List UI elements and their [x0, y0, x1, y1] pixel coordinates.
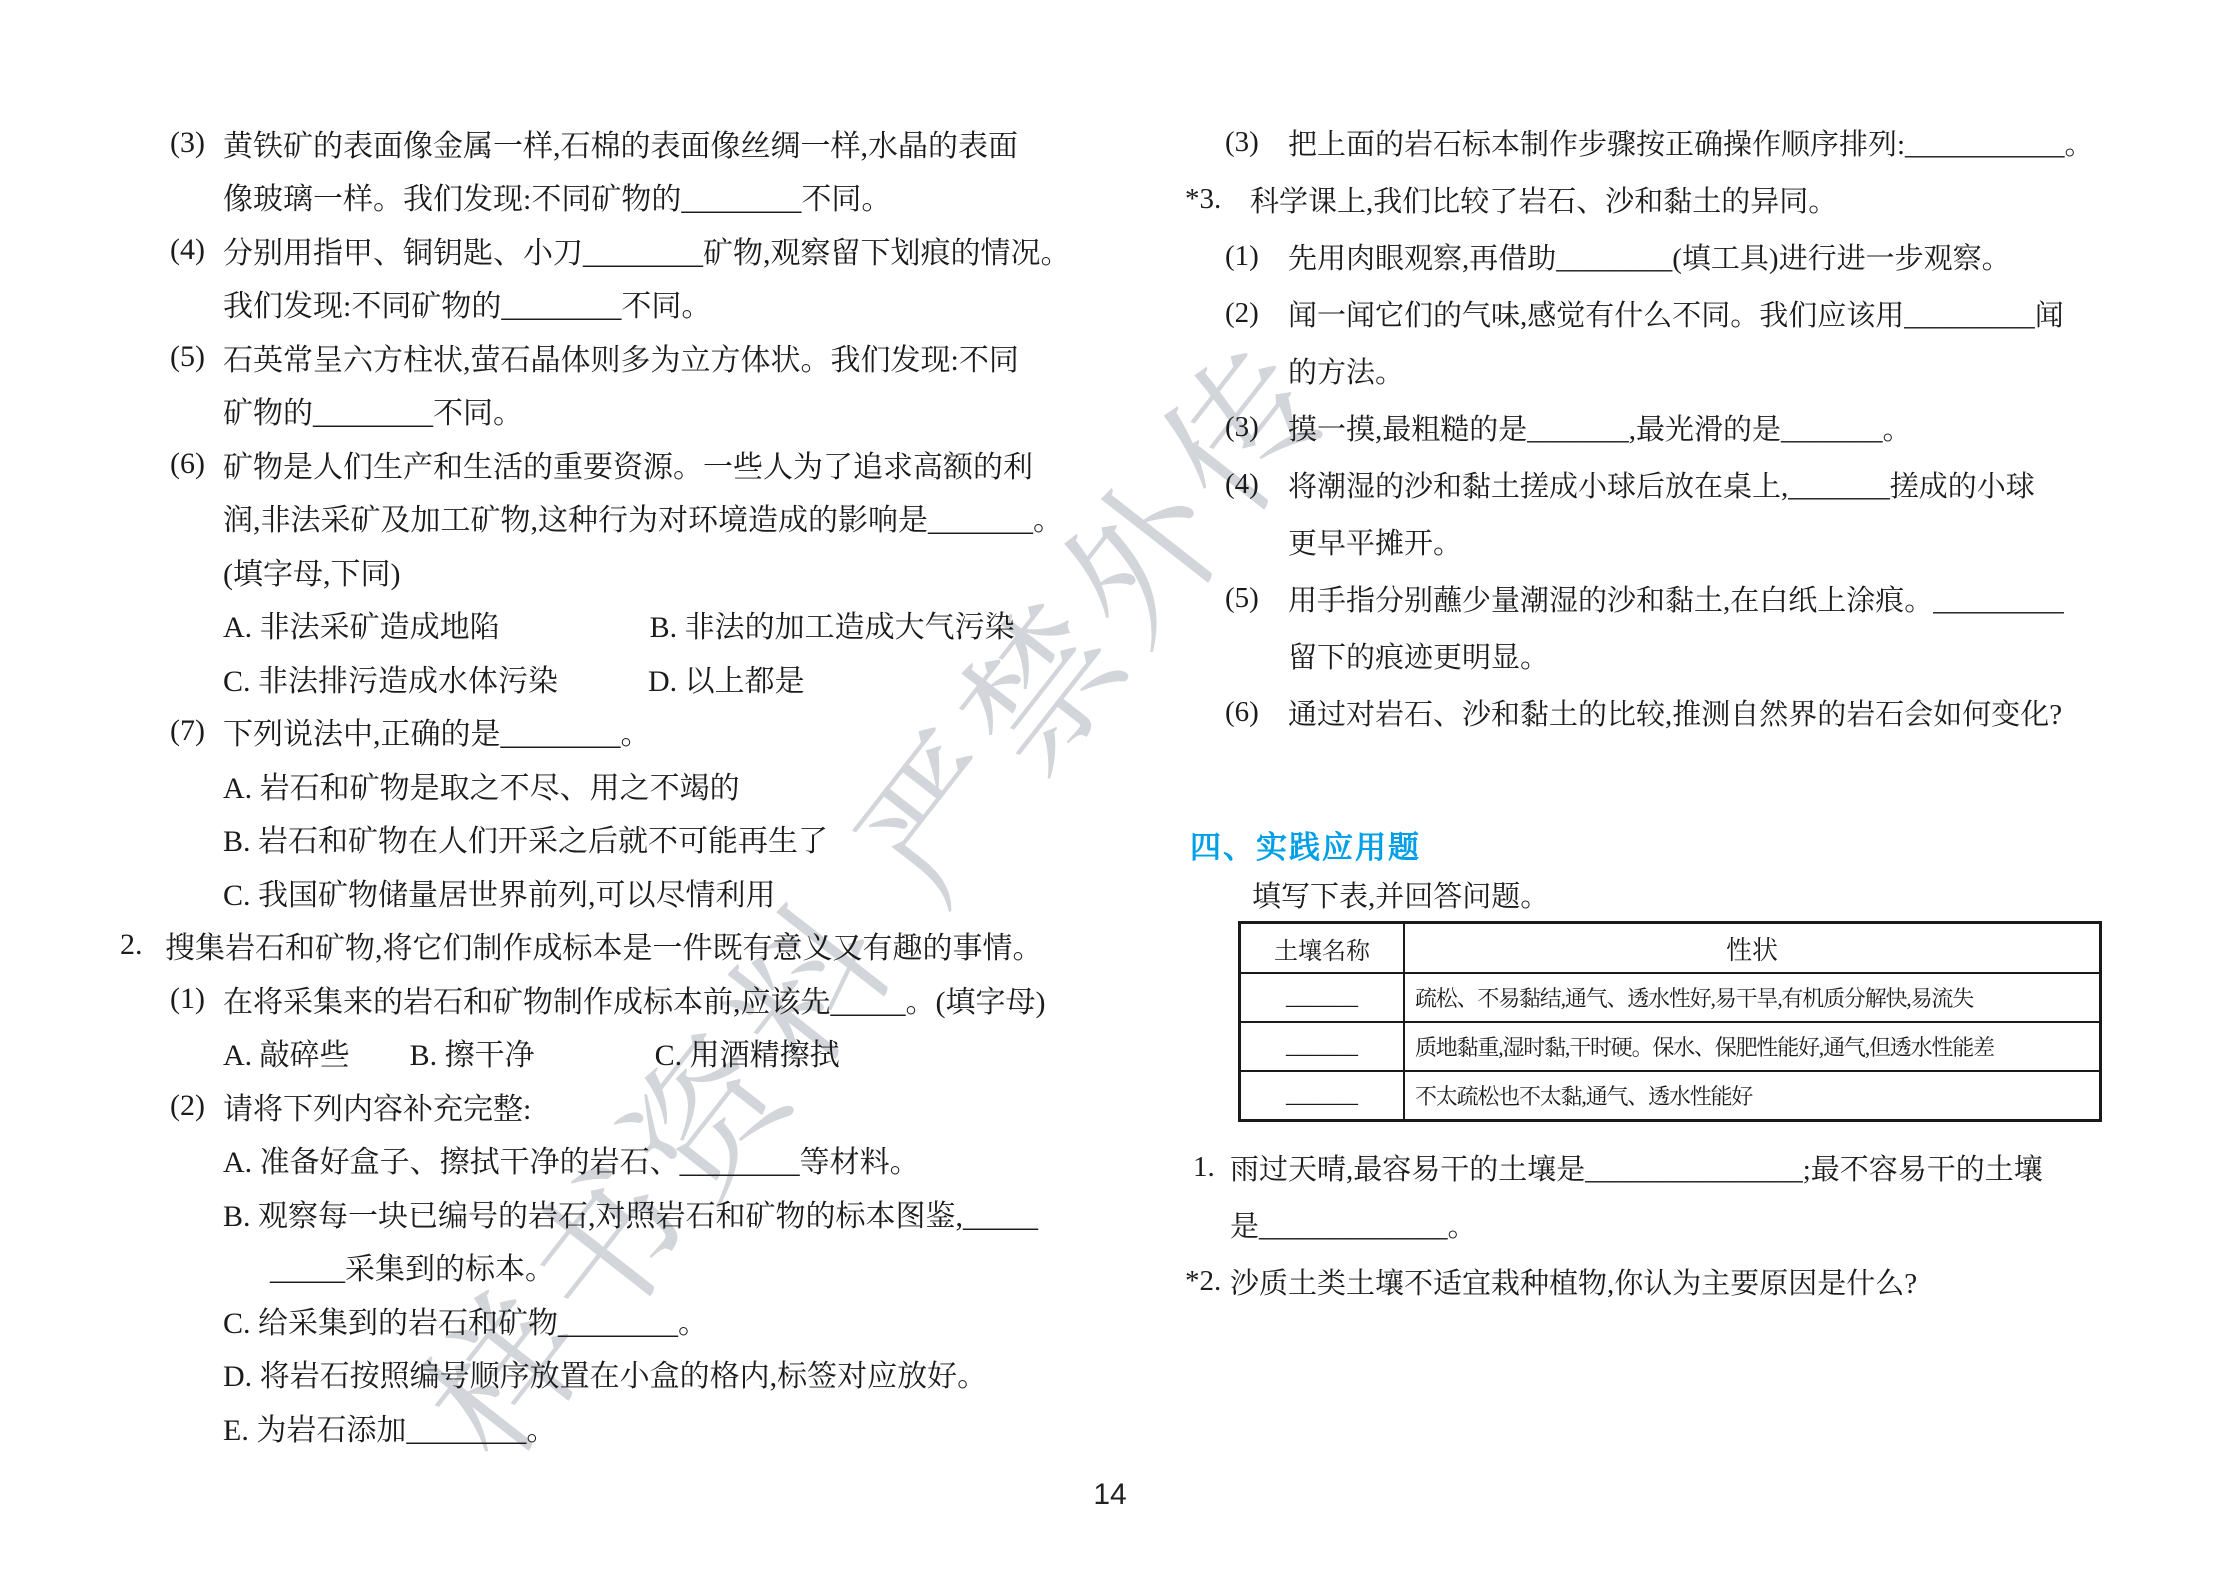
- item-text: 将潮湿的沙和黏土搓成小球后放在桌上,_______搓成的小球: [1288, 464, 2035, 505]
- item-number-label: (5): [1225, 582, 1288, 615]
- workbook-page: 样书资料 严禁外传 (3) 黄铁矿的表面像金属一样,石棉的表面像丝绸一样,水晶的…: [0, 0, 2220, 1571]
- item-number-label: (4): [170, 233, 223, 267]
- exercise-line: (3) 把上面的岩石标本制作步骤按正确操作顺序排列:___________。: [1185, 114, 2125, 171]
- item-text: 请将下列内容补充完整:: [223, 1084, 531, 1128]
- item-number-label: (5): [170, 340, 223, 374]
- item-text: _____采集到的标本。: [270, 1244, 555, 1288]
- item-text: 沙质土类土壤不适宜栽种植物,你认为主要原因是什么?: [1230, 1261, 1917, 1302]
- item-number-label: (4): [1225, 468, 1288, 501]
- exercise-line: (2) 请将下列内容补充完整:: [120, 1079, 1130, 1133]
- exercise-line: 像玻璃一样。我们发现:不同矿物的________不同。: [120, 170, 1130, 224]
- item-text: 的方法。: [1288, 350, 1404, 391]
- item-text: 把上面的岩石标本制作步骤按正确操作顺序排列:___________。: [1288, 122, 2094, 163]
- exercise-line: (4) 将潮湿的沙和黏土搓成小球后放在桌上,_______搓成的小球: [1185, 456, 2125, 513]
- exercise-line: 是_____________。: [1185, 1196, 2145, 1253]
- item-text: 在将采集来的岩石和矿物制作成标本前,应该先_____。(填字母): [223, 977, 1045, 1021]
- item-text: C. 给采集到的岩石和矿物________。: [223, 1298, 708, 1342]
- item-number-label: (1): [1225, 240, 1288, 273]
- exercise-line: 更早平摊开。: [1185, 513, 2125, 570]
- exercise-line: 润,非法采矿及加工矿物,这种行为对环境造成的影响是_______。: [120, 491, 1130, 545]
- item-text: 科学课上,我们比较了岩石、沙和黏土的异同。: [1250, 179, 1837, 220]
- item-text: 下列说法中,正确的是________。: [223, 709, 651, 753]
- item-number-label: 2.: [120, 928, 165, 962]
- item-text: D. 将岩石按照编号顺序放置在小盒的格内,标签对应放好。: [223, 1351, 987, 1395]
- exercise-line: *2. 沙质土类土壤不适宜栽种植物,你认为主要原因是什么?: [1185, 1253, 2145, 1310]
- item-number-label: (3): [170, 126, 223, 160]
- exercise-line: A. 准备好盒子、擦拭干净的岩石、________等材料。: [120, 1133, 1130, 1187]
- soil-name-blank-cell: ______: [1240, 1022, 1405, 1071]
- exercise-line: B. 岩石和矿物在人们开采之后就不可能再生了: [120, 812, 1130, 866]
- right-column-bottom: 1. 雨过天晴,最容易干的土壤是_______________;最不容易干的土壤…: [1185, 1139, 2145, 1310]
- item-text: B. 岩石和矿物在人们开采之后就不可能再生了: [223, 816, 828, 860]
- item-text: 更早平摊开。: [1288, 521, 1462, 562]
- exercise-line: A. 敲碎些 B. 擦干净 C. 用酒精擦拭: [120, 1026, 1130, 1080]
- table-row: ______ 疏松、不易黏结,通气、透水性好,易干旱,有机质分解快,易流失: [1240, 973, 2101, 1022]
- item-text: 石英常呈六方柱状,萤石晶体则多为立方体状。我们发现:不同: [223, 335, 1019, 379]
- soil-name-blank-cell: ______: [1240, 1071, 1405, 1121]
- exercise-line: (1) 在将采集来的岩石和矿物制作成标本前,应该先_____。(填字母): [120, 972, 1130, 1026]
- item-text: 搜集岩石和矿物,将它们制作成标本是一件既有意义又有趣的事情。: [165, 923, 1043, 967]
- exercise-line: A. 非法采矿造成地陷 B. 非法的加工造成大气污染: [120, 598, 1130, 652]
- item-text: 矿物的________不同。: [223, 388, 523, 432]
- exercise-line: 2. 搜集岩石和矿物,将它们制作成标本是一件既有意义又有趣的事情。: [120, 919, 1130, 973]
- soil-properties-table: 土壤名称 性状 ______ 疏松、不易黏结,通气、透水性好,易干旱,有机质分解…: [1238, 921, 2102, 1122]
- item-number-label: (2): [1225, 297, 1288, 330]
- soil-description-cell: 质地黏重,湿时黏,干时硬。保水、保肥性能好,通气,但透水性能差: [1404, 1022, 2101, 1071]
- table-row: ______ 质地黏重,湿时黏,干时硬。保水、保肥性能好,通气,但透水性能差: [1240, 1022, 2101, 1071]
- exercise-line: 留下的痕迹更明显。: [1185, 627, 2125, 684]
- exercise-line: (3) 黄铁矿的表面像金属一样,石棉的表面像丝绸一样,水晶的表面: [120, 116, 1130, 170]
- left-column: (3) 黄铁矿的表面像金属一样,石棉的表面像丝绸一样,水晶的表面 像玻璃一样。我…: [120, 116, 1130, 1454]
- item-number-label: (3): [1225, 126, 1288, 159]
- right-column-top: (3) 把上面的岩石标本制作步骤按正确操作顺序排列:___________。 *…: [1185, 114, 2125, 741]
- item-text: 黄铁矿的表面像金属一样,石棉的表面像丝绸一样,水晶的表面: [223, 121, 1018, 165]
- table-body: ______ 疏松、不易黏结,通气、透水性好,易干旱,有机质分解快,易流失 __…: [1240, 973, 2101, 1121]
- exercise-line: 我们发现:不同矿物的________不同。: [120, 277, 1130, 331]
- item-text: 矿物是人们生产和生活的重要资源。一些人为了追求高额的利: [223, 442, 1033, 486]
- exercise-line: (2) 闻一闻它们的气味,感觉有什么不同。我们应该用_________闻: [1185, 285, 2125, 342]
- exercise-line: 的方法。: [1185, 342, 2125, 399]
- item-text: B. 观察每一块已编号的岩石,对照岩石和矿物的标本图鉴,_____: [223, 1191, 1038, 1235]
- item-text: A. 非法采矿造成地陷 B. 非法的加工造成大气污染: [223, 602, 1015, 646]
- exercise-line: 矿物的________不同。: [120, 384, 1130, 438]
- item-text: 用手指分别蘸少量潮湿的沙和黏土,在白纸上涂痕。_________: [1288, 578, 2064, 619]
- exercise-line: _____采集到的标本。: [120, 1240, 1130, 1294]
- item-number-label: (1): [170, 982, 223, 1016]
- item-text: C. 非法排污造成水体污染 D. 以上都是: [223, 656, 805, 700]
- exercise-line: (6) 通过对岩石、沙和黏土的比较,推测自然界的岩石会如何变化?: [1185, 684, 2125, 741]
- item-text: E. 为岩石添加________。: [223, 1405, 556, 1449]
- exercise-line: A. 岩石和矿物是取之不尽、用之不竭的: [120, 758, 1130, 812]
- exercise-line: (5) 用手指分别蘸少量潮湿的沙和黏土,在白纸上涂痕。_________: [1185, 570, 2125, 627]
- exercise-line: (7) 下列说法中,正确的是________。: [120, 705, 1130, 759]
- item-text: 闻一闻它们的气味,感觉有什么不同。我们应该用_________闻: [1288, 293, 2064, 334]
- item-number-label: (6): [170, 447, 223, 481]
- item-text: A. 敲碎些 B. 擦干净 C. 用酒精擦拭: [223, 1030, 840, 1074]
- column-header-properties: 性状: [1404, 923, 2101, 974]
- table-header-row: 土壤名称 性状: [1240, 923, 2101, 974]
- item-text: 是_____________。: [1230, 1204, 1477, 1245]
- exercise-line: (4) 分别用指甲、铜钥匙、小刀________矿物,观察留下划痕的情况。: [120, 223, 1130, 277]
- item-text: 先用肉眼观察,再借助________(填工具)进行进一步观察。: [1288, 236, 2011, 277]
- item-text: 润,非法采矿及加工矿物,这种行为对环境造成的影响是_______。: [223, 495, 1063, 539]
- column-header-soil-name: 土壤名称: [1240, 923, 1405, 974]
- item-text: 留下的痕迹更明显。: [1288, 635, 1549, 676]
- exercise-line: C. 给采集到的岩石和矿物________。: [120, 1293, 1130, 1347]
- section-heading-practice: 四、实践应用题: [1190, 822, 1421, 867]
- exercise-line: (3) 摸一摸,最粗糙的是_______,最光滑的是_______。: [1185, 399, 2125, 456]
- item-text: A. 岩石和矿物是取之不尽、用之不竭的: [223, 763, 740, 807]
- exercise-line: E. 为岩石添加________。: [120, 1400, 1130, 1454]
- item-number-label: *2.: [1185, 1265, 1230, 1298]
- item-text: (填字母,下同): [223, 549, 400, 593]
- exercise-line: B. 观察每一块已编号的岩石,对照岩石和矿物的标本图鉴,_____: [120, 1186, 1130, 1240]
- item-text: 摸一摸,最粗糙的是_______,最光滑的是_______。: [1288, 407, 1912, 448]
- exercise-line: 1. 雨过天晴,最容易干的土壤是_______________;最不容易干的土壤: [1185, 1139, 2145, 1196]
- exercise-line: (填字母,下同): [120, 544, 1130, 598]
- exercise-line: (6) 矿物是人们生产和生活的重要资源。一些人为了追求高额的利: [120, 437, 1130, 491]
- table-intro-text: 填写下表,并回答问题。: [1252, 874, 1549, 915]
- item-text: 分别用指甲、铜钥匙、小刀________矿物,观察留下划痕的情况。: [223, 228, 1071, 272]
- item-text: C. 我国矿物储量居世界前列,可以尽情利用: [223, 870, 776, 914]
- exercise-line: C. 我国矿物储量居世界前列,可以尽情利用: [120, 865, 1130, 919]
- soil-description-cell: 疏松、不易黏结,通气、透水性好,易干旱,有机质分解快,易流失: [1404, 973, 2101, 1022]
- soil-description-cell: 不太疏松也不太黏,通气、透水性能好: [1404, 1071, 2101, 1121]
- page-number: 14: [0, 1478, 2220, 1512]
- item-text: 通过对岩石、沙和黏土的比较,推测自然界的岩石会如何变化?: [1288, 692, 2062, 733]
- exercise-line: *3. 科学课上,我们比较了岩石、沙和黏土的异同。: [1185, 171, 2125, 228]
- item-number-label: *3.: [1185, 183, 1250, 216]
- exercise-line: C. 非法排污造成水体污染 D. 以上都是: [120, 651, 1130, 705]
- item-number-label: (7): [170, 714, 223, 748]
- item-text: A. 准备好盒子、擦拭干净的岩石、________等材料。: [223, 1137, 920, 1181]
- item-text: 我们发现:不同矿物的________不同。: [223, 281, 711, 325]
- item-text: 雨过天晴,最容易干的土壤是_______________;最不容易干的土壤: [1230, 1147, 2043, 1188]
- item-number-label: (3): [1225, 411, 1288, 444]
- table-row: ______ 不太疏松也不太黏,通气、透水性能好: [1240, 1071, 2101, 1121]
- exercise-line: D. 将岩石按照编号顺序放置在小盒的格内,标签对应放好。: [120, 1347, 1130, 1401]
- exercise-line: (1) 先用肉眼观察,再借助________(填工具)进行进一步观察。: [1185, 228, 2125, 285]
- item-text: 像玻璃一样。我们发现:不同矿物的________不同。: [223, 174, 891, 218]
- item-number-label: (2): [170, 1089, 223, 1123]
- item-number-label: (6): [1225, 696, 1288, 729]
- item-number-label: 1.: [1193, 1151, 1230, 1184]
- soil-name-blank-cell: ______: [1240, 973, 1405, 1022]
- exercise-line: (5) 石英常呈六方柱状,萤石晶体则多为立方体状。我们发现:不同: [120, 330, 1130, 384]
